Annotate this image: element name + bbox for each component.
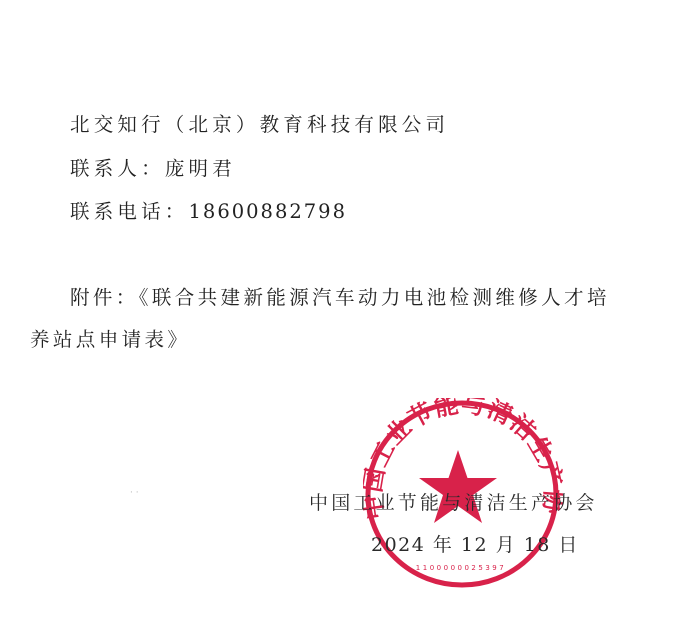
contact-person-label: 联系人： <box>70 157 165 180</box>
contact-phone-number: 18600882798 <box>189 200 347 223</box>
attachment-line-2: 养站点申请表》 <box>30 324 190 352</box>
contact-phone-label: 联系电话： <box>70 200 189 223</box>
signing-organization: 中国工业节能与清洁生产协会 <box>309 488 598 515</box>
seal-number: 1100000025397 <box>416 564 506 572</box>
company-name: 北交知行（北京）教育科技有限公司 <box>70 109 449 137</box>
contact-person-name: 庞明君 <box>165 157 236 180</box>
signing-date: 2024 年 12 月 18 日 <box>371 530 579 557</box>
contact-person: 联系人：庞明君 <box>70 153 236 181</box>
contact-phone: 联系电话：18600882798 <box>70 196 347 224</box>
scan-artifact: · · <box>130 488 139 498</box>
attachment-line-1: 附件：《联合共建新能源汽车动力电池检测维修人才培 <box>70 282 610 310</box>
